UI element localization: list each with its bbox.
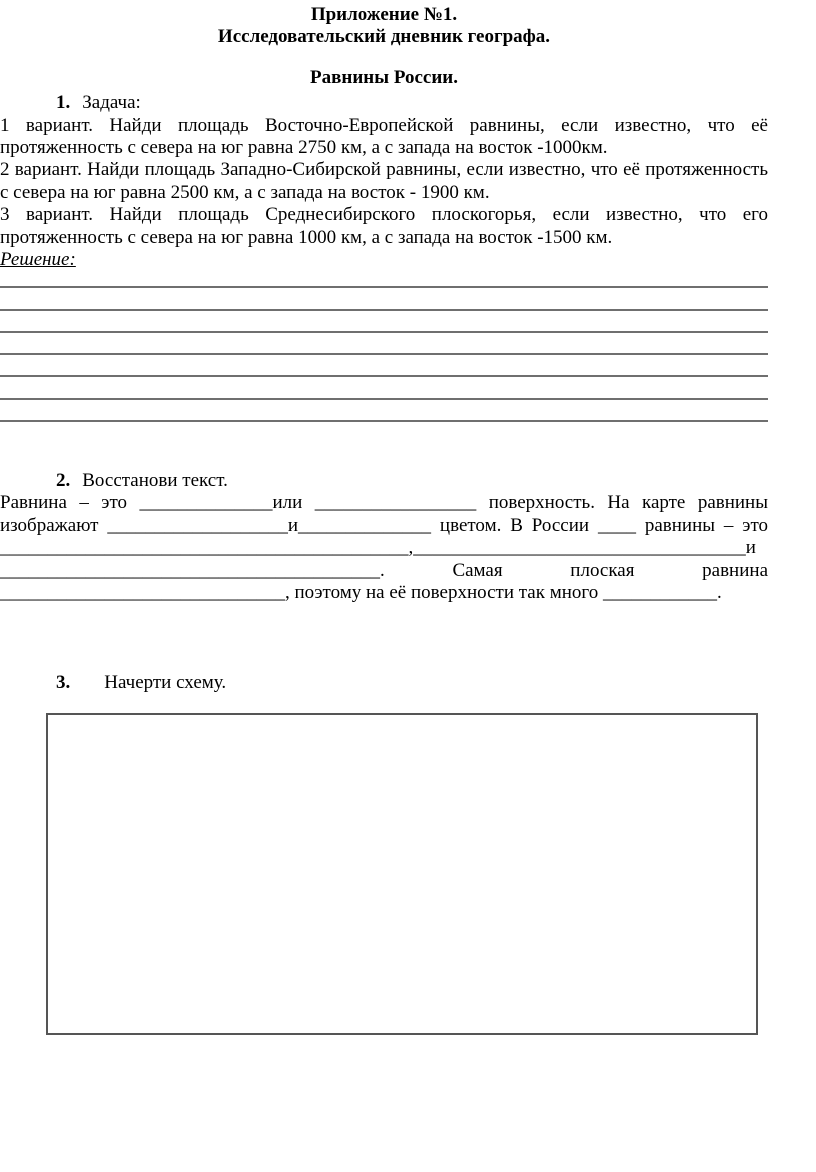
solution-label: Решение: xyxy=(0,249,768,271)
task1-label: Задача: xyxy=(82,92,141,113)
task3-heading: 3.Начерти схему. xyxy=(56,672,768,694)
bottom-margin xyxy=(0,1035,768,1155)
doc-subtitle: Равнины России. xyxy=(0,67,768,89)
solution-writing-line[interactable] xyxy=(0,333,768,355)
task1-variant2-line2: с севера на юг равна 2500 км, а с запада… xyxy=(0,182,768,204)
solution-writing-line[interactable] xyxy=(0,377,768,399)
doc-title-line1: Приложение №1. xyxy=(0,4,768,26)
task3-label: Начерти схему. xyxy=(104,672,226,693)
solution-writing-line[interactable] xyxy=(0,288,768,310)
document-page: Приложение №1. Исследовательский дневник… xyxy=(0,0,816,1155)
solution-writing-line[interactable] xyxy=(0,355,768,377)
task1-heading: 1.Задача: xyxy=(56,92,768,114)
task2-fill-line2: изображают ___________________и_________… xyxy=(0,515,768,537)
solution-writing-area xyxy=(0,271,768,422)
solution-writing-line[interactable] xyxy=(0,311,768,333)
task1-variant3-line2: протяженность с севера на юг равна 1000 … xyxy=(0,227,768,249)
task2-fill-line1: Равнина – это ______________или ________… xyxy=(0,492,768,514)
task2-fill-line4: ________________________________________… xyxy=(0,560,768,582)
task1-variant1-line1: 1 вариант. Найди площадь Восточно-Европе… xyxy=(0,115,768,137)
task2-fill-line5: ______________________________, поэтому … xyxy=(0,582,768,604)
solution-writing-line[interactable] xyxy=(0,271,768,288)
solution-writing-line[interactable] xyxy=(0,400,768,422)
task1-variant2-line1: 2 вариант. Найди площадь Западно-Сибирск… xyxy=(0,159,768,181)
task2-fill-line3: ________________________________________… xyxy=(0,537,768,559)
task3-number: 3. xyxy=(56,672,70,693)
task2-heading: 2.Восстанови текст. xyxy=(56,470,768,492)
task2-label: Восстанови текст. xyxy=(82,470,228,491)
task1-variant1-line2: протяженность с севера на юг равна 2750 … xyxy=(0,137,768,159)
task2-number: 2. xyxy=(56,470,70,491)
task1-number: 1. xyxy=(56,92,70,113)
scheme-drawing-box[interactable] xyxy=(46,713,758,1035)
task1-variant3-line1: 3 вариант. Найди площадь Среднесибирског… xyxy=(0,204,768,226)
doc-title-line2: Исследовательский дневник географа. xyxy=(0,26,768,48)
